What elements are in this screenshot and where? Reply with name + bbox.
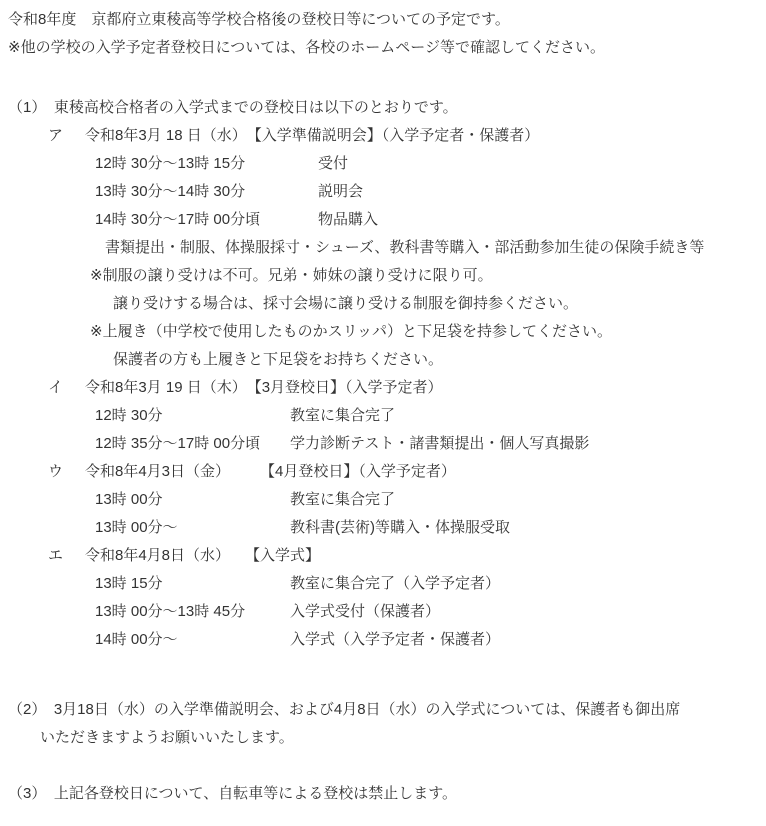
section1-heading: （1） 東稜高校合格者の入学式までの登校日は以下のとおりです。 bbox=[0, 94, 766, 122]
schedule-desc: 教科書(芸術)等購入・体操服受取 bbox=[290, 519, 510, 536]
schedule-time: 14時 30分～17時 00分頃 bbox=[95, 206, 318, 234]
item-a-heading: ア令和8年3月 18 日（水） 【入学準備説明会】（入学予定者・保護者） bbox=[0, 122, 766, 150]
schedule-desc: 教室に集合完了 bbox=[290, 491, 395, 508]
spacer bbox=[0, 752, 766, 780]
schedule-desc: 入学式受付（保護者） bbox=[290, 603, 440, 620]
intro-line-1: 令和8年度 京都府立東稜高等学校合格後の登校日等についての予定です。 bbox=[0, 6, 766, 34]
schedule-time: 12時 30分～13時 15分 bbox=[95, 150, 318, 178]
schedule-time: 14時 00分～ bbox=[95, 626, 290, 654]
schedule-row: 12時 35分～17時 00分頃学力診断テスト・諸書類提出・個人写真撮影 bbox=[0, 430, 766, 458]
item-i-heading: イ令和8年3月 19 日（木） 【3月登校日】（入学予定者） bbox=[0, 374, 766, 402]
item-e-datetitle: 令和8年4月8日（水） 【入学式】 bbox=[85, 547, 320, 564]
schedule-desc: 受付 bbox=[318, 155, 348, 172]
item-u-label: ウ bbox=[48, 458, 85, 486]
schedule-time: 13時 00分～ bbox=[95, 514, 290, 542]
note-line: 譲り受けする場合は、採寸会場に譲り受ける制服を御持参ください。 bbox=[0, 290, 766, 318]
item-u-heading: ウ令和8年4月3日（金） 【4月登校日】（入学予定者） bbox=[0, 458, 766, 486]
note-line: 保護者の方も上履きと下足袋をお持ちください。 bbox=[0, 346, 766, 374]
schedule-time: 13時 15分 bbox=[95, 570, 290, 598]
schedule-row: 13時 30分～14時 30分説明会 bbox=[0, 178, 766, 206]
schedule-row: 12時 30分～13時 15分受付 bbox=[0, 150, 766, 178]
item-u-datetitle: 令和8年4月3日（金） 【4月登校日】（入学予定者） bbox=[85, 463, 456, 480]
item-i-label: イ bbox=[48, 374, 85, 402]
schedule-desc: 説明会 bbox=[318, 183, 363, 200]
schedule-desc: 物品購入 bbox=[318, 211, 378, 228]
spacer bbox=[0, 62, 766, 94]
section3-line: （3） 上記各登校日について、自転車等による登校は禁止します。 bbox=[0, 780, 766, 808]
schedule-time: 13時 00分 bbox=[95, 486, 290, 514]
schedule-desc: 入学式（入学予定者・保護者） bbox=[290, 631, 500, 648]
schedule-time: 12時 35分～17時 00分頃 bbox=[95, 430, 290, 458]
note-line: ※制服の譲り受けは不可。兄弟・姉妹の譲り受けに限り可。 bbox=[0, 262, 766, 290]
section2-line-1: （2） 3月18日（水）の入学準備説明会、および4月8日（水）の入学式については… bbox=[0, 696, 766, 724]
intro-line-2: ※他の学校の入学予定者登校日については、各校のホームページ等で確認してください。 bbox=[0, 34, 766, 62]
schedule-row: 13時 15分教室に集合完了（入学予定者） bbox=[0, 570, 766, 598]
schedule-row: 12時 30分教室に集合完了 bbox=[0, 402, 766, 430]
schedule-row: 14時 30分～17時 00分頃物品購入 bbox=[0, 206, 766, 234]
schedule-desc: 教室に集合完了 bbox=[290, 407, 395, 424]
item-e-heading: エ令和8年4月8日（水） 【入学式】 bbox=[0, 542, 766, 570]
item-a-label: ア bbox=[48, 122, 85, 150]
schedule-row: 14時 00分～入学式（入学予定者・保護者） bbox=[0, 626, 766, 654]
schedule-row: 13時 00分～教科書(芸術)等購入・体操服受取 bbox=[0, 514, 766, 542]
item-a-datetitle: 令和8年3月 18 日（水） 【入学準備説明会】（入学予定者・保護者） bbox=[85, 127, 539, 144]
notice-document: 令和8年度 京都府立東稜高等学校合格後の登校日等についての予定です。 ※他の学校… bbox=[0, 0, 766, 808]
note-line: 書類提出・制服、体操服採寸・シューズ、教科書等購入・部活動参加生徒の保険手続き等 bbox=[0, 234, 766, 262]
item-i-datetitle: 令和8年3月 19 日（木） 【3月登校日】（入学予定者） bbox=[85, 379, 443, 396]
schedule-time: 13時 30分～14時 30分 bbox=[95, 178, 318, 206]
note-line: ※上履き（中学校で使用したものかスリッパ）と下足袋を持参してください。 bbox=[0, 318, 766, 346]
schedule-time: 13時 00分～13時 45分 bbox=[95, 598, 290, 626]
schedule-desc: 教室に集合完了（入学予定者） bbox=[290, 575, 500, 592]
schedule-row: 13時 00分～13時 45分入学式受付（保護者） bbox=[0, 598, 766, 626]
section2-line-2: いただきますようお願いいたします。 bbox=[0, 724, 766, 752]
schedule-time: 12時 30分 bbox=[95, 402, 290, 430]
spacer bbox=[0, 654, 766, 696]
schedule-desc: 学力診断テスト・諸書類提出・個人写真撮影 bbox=[290, 435, 589, 452]
item-e-label: エ bbox=[48, 542, 85, 570]
schedule-row: 13時 00分教室に集合完了 bbox=[0, 486, 766, 514]
